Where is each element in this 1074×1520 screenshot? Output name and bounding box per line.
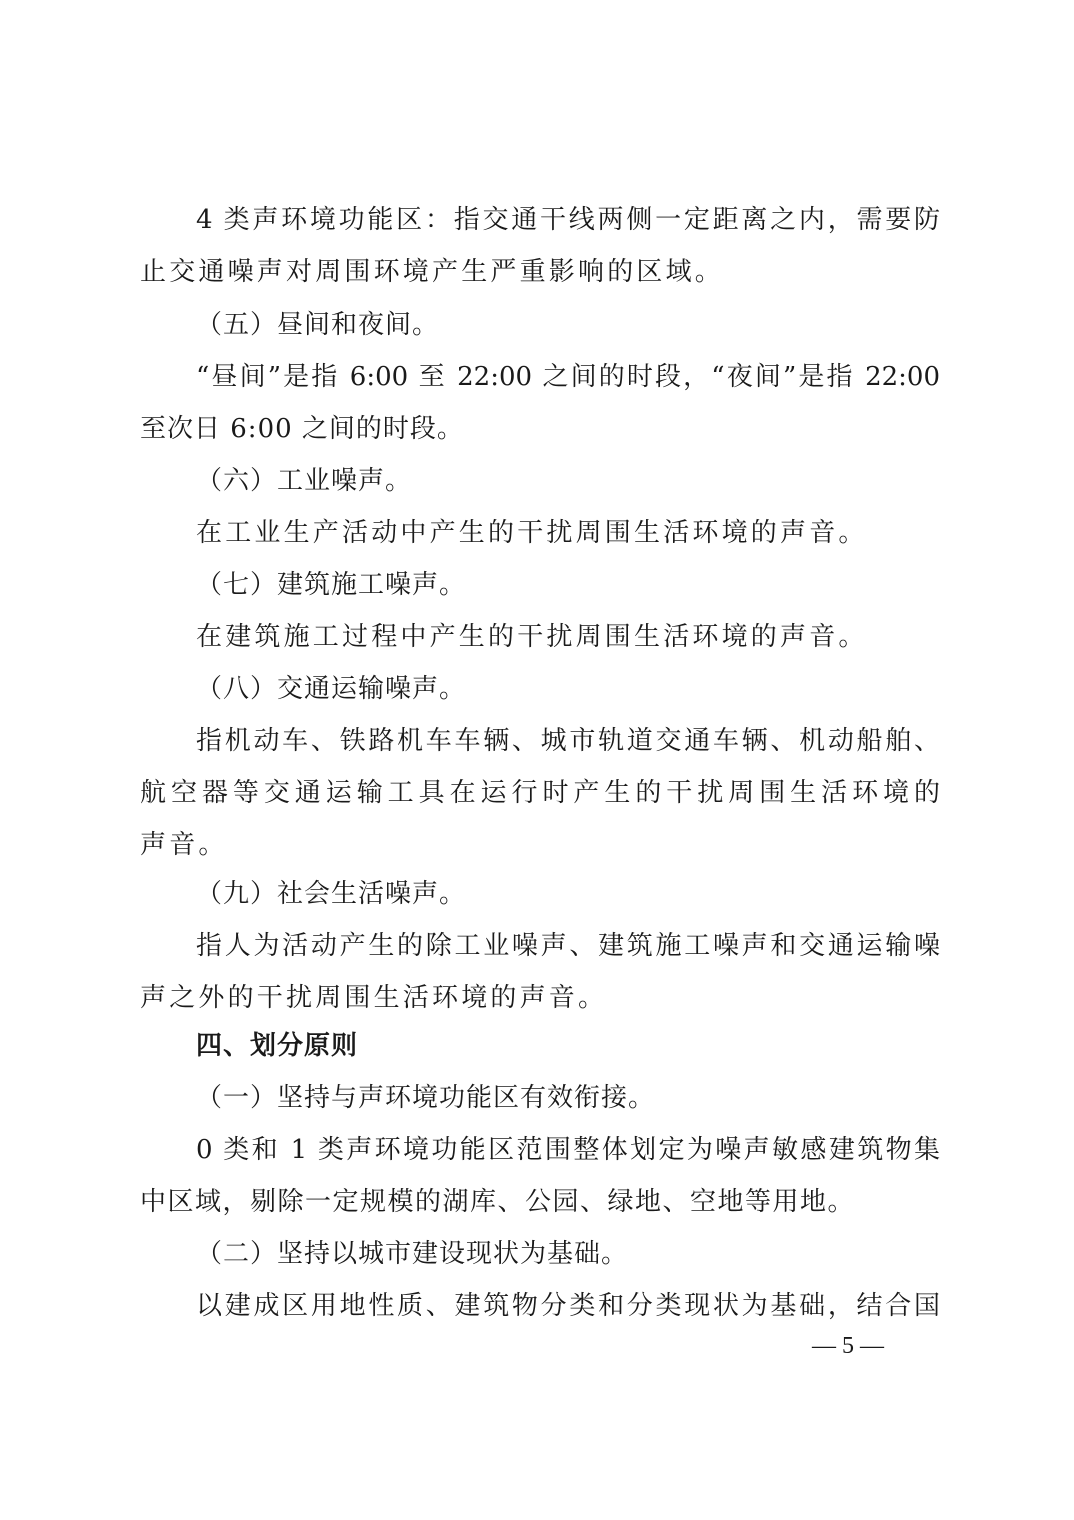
paragraph-line: 至次日 6:00 之间的时段。 [140, 414, 940, 444]
section-subheading: （一）坚持与声环境功能区有效衔接。 [196, 1083, 940, 1113]
page-number: — 5 — [812, 1333, 884, 1360]
paragraph-line: 中区域，剔除一定规模的湖库、公园、绿地、空地等用地。 [140, 1187, 940, 1217]
section-subheading: （五）昼间和夜间。 [196, 310, 940, 340]
section-subheading: （九）社会生活噪声。 [196, 879, 940, 909]
section-subheading: （六）工业噪声。 [196, 466, 940, 496]
section-subheading: （二）坚持以城市建设现状为基础。 [196, 1239, 940, 1269]
paragraph-line: “昼间”是指 6:00 至 22:00 之间的时段，“夜间”是指 22:00 [196, 362, 940, 392]
paragraph-line: 以建成区用地性质、建筑物分类和分类现状为基础，结合国 [196, 1291, 940, 1321]
paragraph-line: 在建筑施工过程中产生的干扰周围生活环境的声音。 [196, 622, 940, 652]
section-heading: 四、划分原则 [196, 1031, 940, 1061]
paragraph-line: 指人为活动产生的除工业噪声、建筑施工噪声和交通运输噪 [196, 931, 940, 961]
paragraph-line: 止交通噪声对周围环境产生严重影响的区域。 [140, 257, 940, 287]
paragraph-line: 航空器等交通运输工具在运行时产生的干扰周围生活环境的 [140, 778, 940, 808]
document-page: 4 类声环境功能区：指交通干线两侧一定距离之内，需要防 止交通噪声对周围环境产生… [0, 0, 1074, 1520]
paragraph-line: 在工业生产活动中产生的干扰周围生活环境的声音。 [196, 518, 940, 548]
paragraph-line: 4 类声环境功能区：指交通干线两侧一定距离之内，需要防 [196, 205, 940, 235]
paragraph-line: 声之外的干扰周围生活环境的声音。 [140, 983, 940, 1013]
section-subheading: （七）建筑施工噪声。 [196, 570, 940, 600]
paragraph-line: 声音。 [140, 830, 940, 860]
section-subheading: （八）交通运输噪声。 [196, 674, 940, 704]
paragraph-line: 0 类和 1 类声环境功能区范围整体划定为噪声敏感建筑物集 [196, 1135, 940, 1165]
paragraph-line: 指机动车、铁路机车车辆、城市轨道交通车辆、机动船舶、 [196, 726, 940, 756]
